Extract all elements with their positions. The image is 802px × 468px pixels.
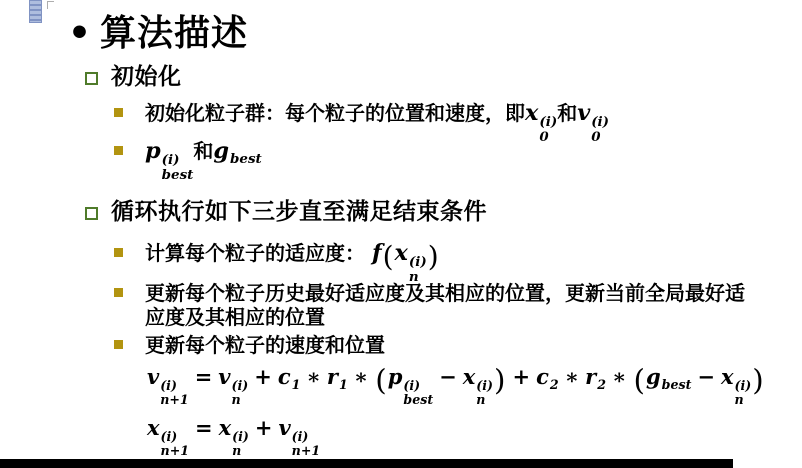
level2-bullet-icon xyxy=(114,248,123,257)
tiny-scrollbar-icon[interactable] xyxy=(29,0,42,23)
slide-canvas: • 算法描述 初始化 初始化粒子群：每个粒子的位置和速度，即x(i)0和v(i)… xyxy=(0,0,802,468)
section-heading-loop: 循环执行如下三步直至满足结束条件 xyxy=(111,199,487,226)
level2-bullet-icon xyxy=(114,340,123,349)
level1-bullet-icon xyxy=(85,207,98,220)
section-heading-init: 初始化 xyxy=(111,64,182,91)
section-loop-row: 循环执行如下三步直至满足结束条件 xyxy=(85,199,487,226)
list-item-update-best: 更新每个粒子历史最好适应度及其相应的位置，更新当前全局最好适应度及其相应的位置 xyxy=(114,281,763,329)
section-init-row: 初始化 xyxy=(85,64,182,91)
position-update-formula: x(i)n+1=x(i)n+v(i)n+1 xyxy=(147,413,320,457)
velocity-update-formula: v(i)n+1=v(i)n+c1∗r1∗(p(i)best−x(i)n)+c2∗… xyxy=(147,362,765,406)
list-item-text: 更新每个粒子的速度和位置 xyxy=(145,333,385,357)
bottom-black-bar xyxy=(0,459,733,468)
level2-bullet-icon xyxy=(114,108,123,117)
title-row: • 算法描述 xyxy=(68,12,248,56)
level1-bullet-icon xyxy=(85,72,98,85)
list-item-fitness: 计算每个粒子的适应度： f(x(i)n) xyxy=(114,241,440,284)
list-item-text: 计算每个粒子的适应度： f(x(i)n) xyxy=(145,241,440,284)
level2-bullet-icon xyxy=(114,288,123,297)
list-item-pbest-gbest: p(i)best和gbest xyxy=(114,139,262,182)
cursor-mark-icon xyxy=(47,1,54,9)
list-item-text: p(i)best和gbest xyxy=(145,139,262,182)
page-title: 算法描述 xyxy=(100,12,248,56)
list-item-update-velocity-position: 更新每个粒子的速度和位置 xyxy=(114,333,385,357)
level2-bullet-icon xyxy=(114,146,123,155)
list-item-text: 更新每个粒子历史最好适应度及其相应的位置，更新当前全局最好适应度及其相应的位置 xyxy=(145,281,763,329)
title-bullet-icon: • xyxy=(68,12,91,56)
